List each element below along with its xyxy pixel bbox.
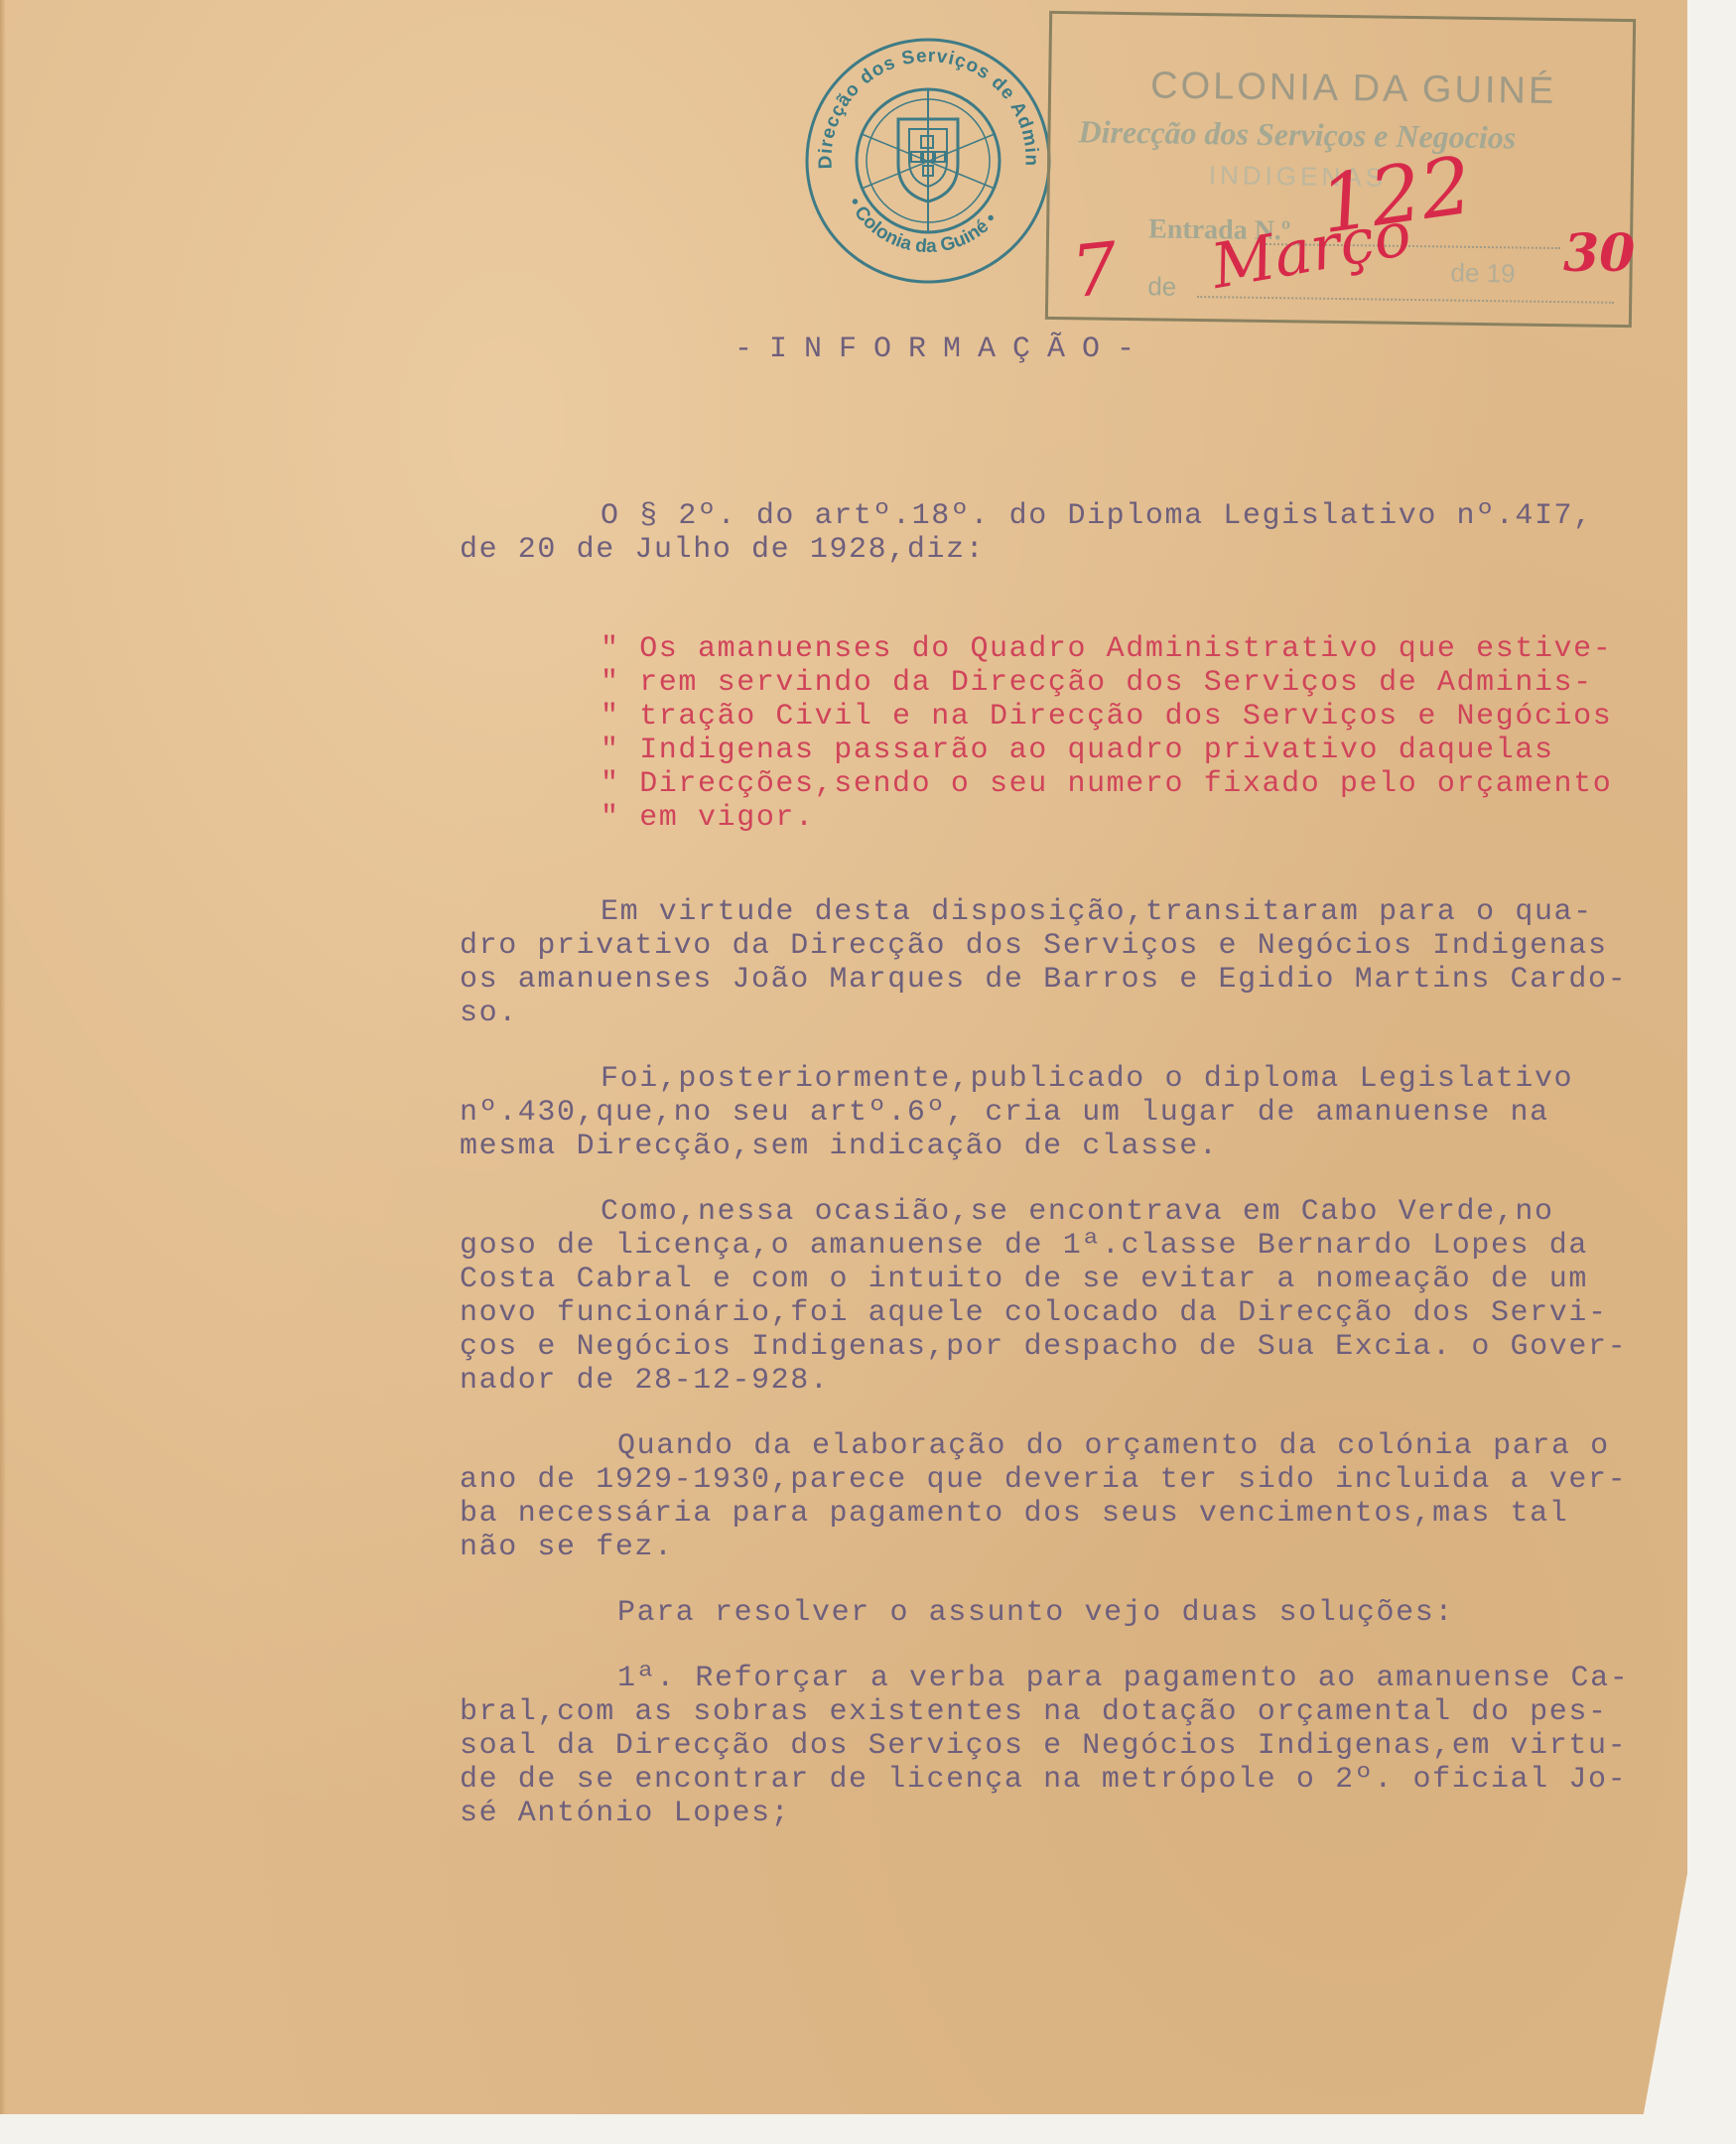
quote-line-3: " tração Civil e na Direcção dos Serviço…: [601, 700, 1612, 734]
document-title: -INFORMAÇÃO-: [734, 333, 1151, 366]
para6-line-4: de de se encontrar de licença na metrópo…: [460, 1763, 1627, 1797]
para1-line-2: dro privativo da Direcção dos Serviços e…: [460, 929, 1608, 963]
para2-line-2: nº.430,que,no seu artº.6º, cria um lugar…: [460, 1096, 1549, 1130]
handwritten-day: 7: [1068, 226, 1122, 314]
quote-line-4: " Indigenas passarão ao quadro privativo…: [601, 734, 1554, 767]
para4-line-1: Quando da elaboração do orçamento da col…: [617, 1429, 1610, 1463]
quote-line-5: " Direcções,sendo o seu numero fixado pe…: [601, 767, 1612, 801]
para3-line-4: novo funcionário,foi aquele colocado da …: [460, 1296, 1608, 1330]
quote-line-1: " Os amanuenses do Quadro Administrativo…: [601, 632, 1612, 666]
stamp-year-label: de 19: [1450, 258, 1516, 290]
para3-line-1: Como,nessa ocasião,se encontrava em Cabo…: [601, 1195, 1554, 1229]
para4-line-2: ano de 1929-1930,parece que deveria ter …: [460, 1463, 1627, 1497]
para6-line-1: 1ª. Reforçar a verba para pagamento ao a…: [617, 1662, 1629, 1695]
para6-line-2: bral,com as sobras existentes na dotação…: [460, 1695, 1608, 1729]
para3-line-3: Costa Cabral e com o intuito de se evita…: [460, 1263, 1588, 1296]
para3-line-6: nador de 28-12-928.: [460, 1364, 829, 1398]
para1-line-3: os amanuenses João Marques de Barros e E…: [460, 963, 1627, 997]
para3-line-2: goso de licença,o amanuense de 1ª.classe…: [460, 1229, 1588, 1263]
para6-line-3: soal da Direcção dos Serviços e Negócios…: [460, 1729, 1627, 1763]
quote-line-6: " em vigor.: [601, 801, 815, 835]
stamp-de-label: de: [1147, 271, 1176, 302]
para3-line-5: ços e Negócios Indigenas,por despacho de…: [460, 1330, 1627, 1364]
para2-line-3: mesma Direcção,sem indicação de classe.: [460, 1130, 1219, 1163]
svg-text:• Colonia da Guiné •: • Colonia da Guiné •: [844, 195, 1002, 258]
circular-seal-stamp: Direcção dos Serviços de Administração C…: [802, 35, 1055, 288]
para4-line-3: ba necessária para pagamento dos seus ve…: [460, 1497, 1568, 1531]
paper-edge: [0, 0, 6, 2114]
para2-line-1: Foi,posteriormente,publicado o diploma L…: [601, 1062, 1573, 1096]
quote-line-2: " rem servindo da Direcção dos Serviços …: [601, 666, 1593, 700]
intro-line-1: O § 2º. do artº.18º. do Diploma Legislat…: [601, 499, 1593, 533]
seal-emblem-icon: Direcção dos Serviços de Administração C…: [802, 35, 1055, 288]
svg-text:Direcção dos Serviços de Admin: Direcção dos Serviços de Administração C…: [802, 35, 1042, 170]
date-line: [1197, 296, 1614, 304]
stamp-colony-name: COLONIA DA GUINÉ: [1150, 65, 1557, 113]
para4-line-4: não se fez.: [460, 1531, 674, 1564]
para6-line-5: sé António Lopes;: [460, 1797, 790, 1830]
para1-line-4: so.: [460, 997, 518, 1030]
para1-line-1: Em virtude desta disposição,transitaram …: [601, 895, 1593, 929]
intro-line-2: de 20 de Julho de 1928,diz:: [460, 533, 985, 567]
handwritten-year: 30: [1563, 223, 1635, 284]
para5-line-1: Para resolver o assunto vejo duas soluçõ…: [617, 1596, 1454, 1630]
